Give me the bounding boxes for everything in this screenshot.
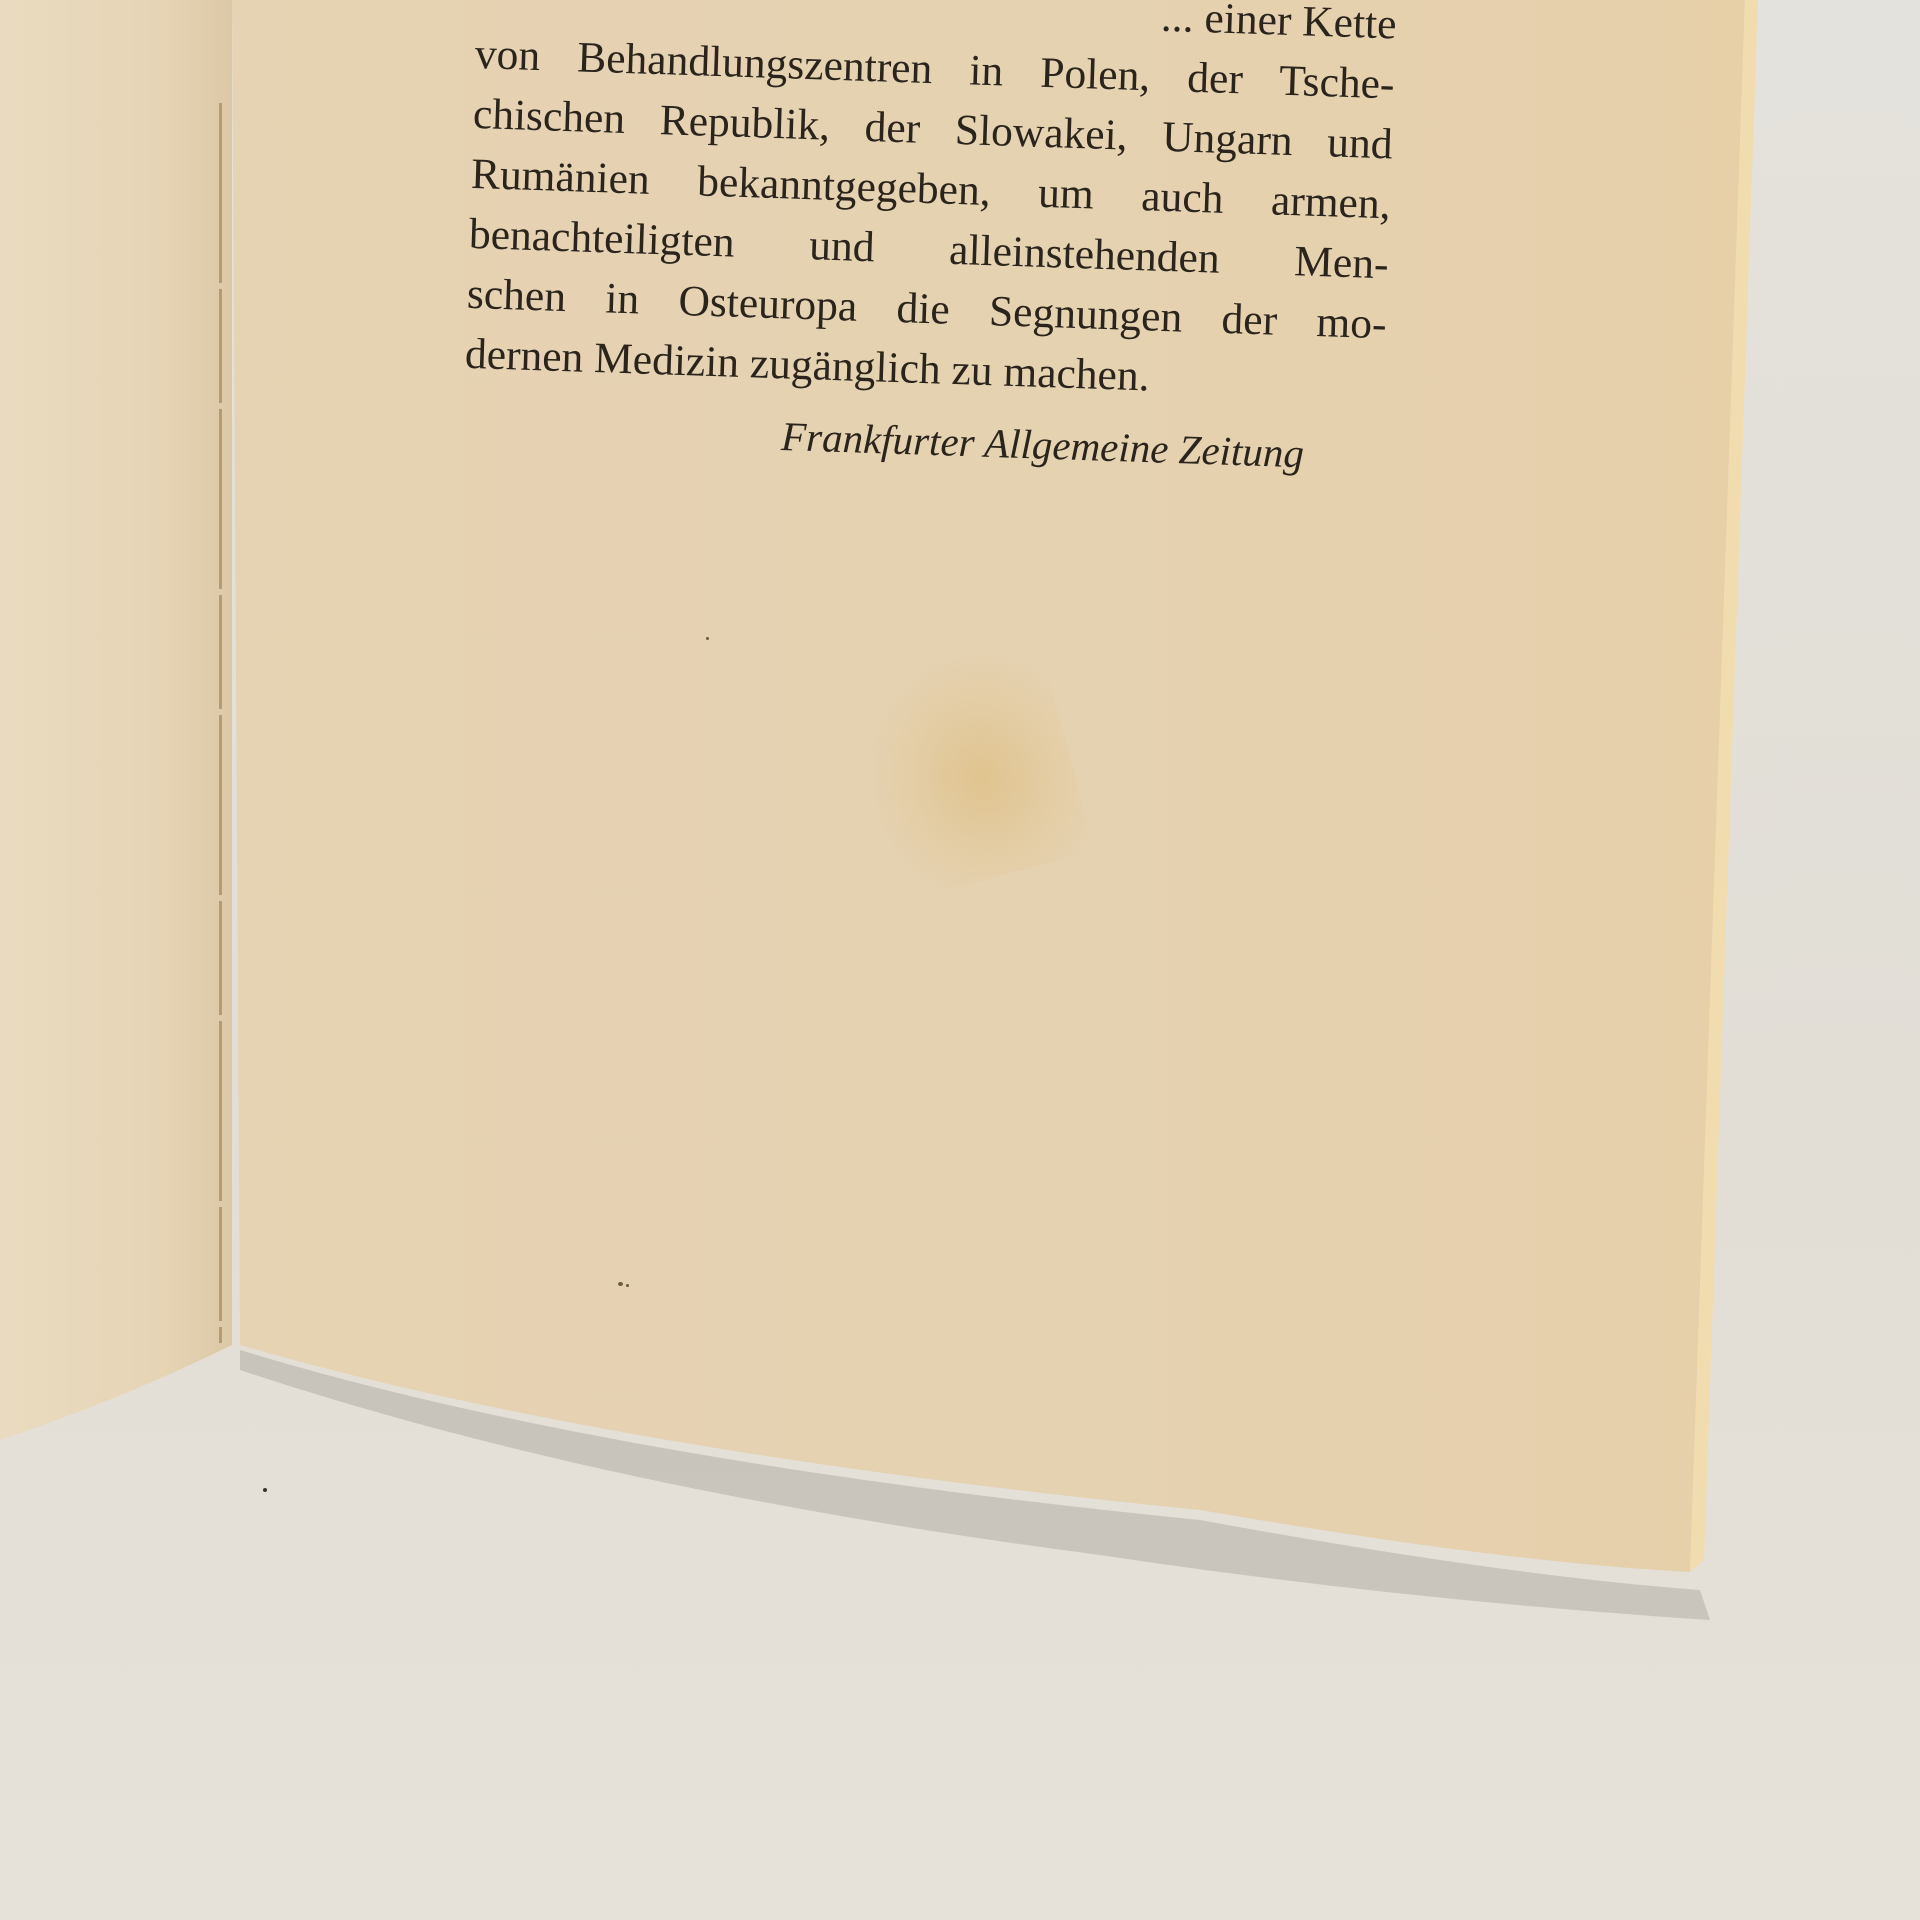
ink-speck [626,1284,629,1287]
ink-speck [618,1282,623,1286]
ink-speck [706,637,709,640]
left-page [0,0,232,1440]
floor-speck [263,1488,267,1492]
quoted-text: ... einer Kette von Behandlungszentren i… [464,0,1397,414]
spine-fold [219,103,222,1343]
photo-scene: ... einer Kette von Behandlungszentren i… [0,0,1920,1920]
